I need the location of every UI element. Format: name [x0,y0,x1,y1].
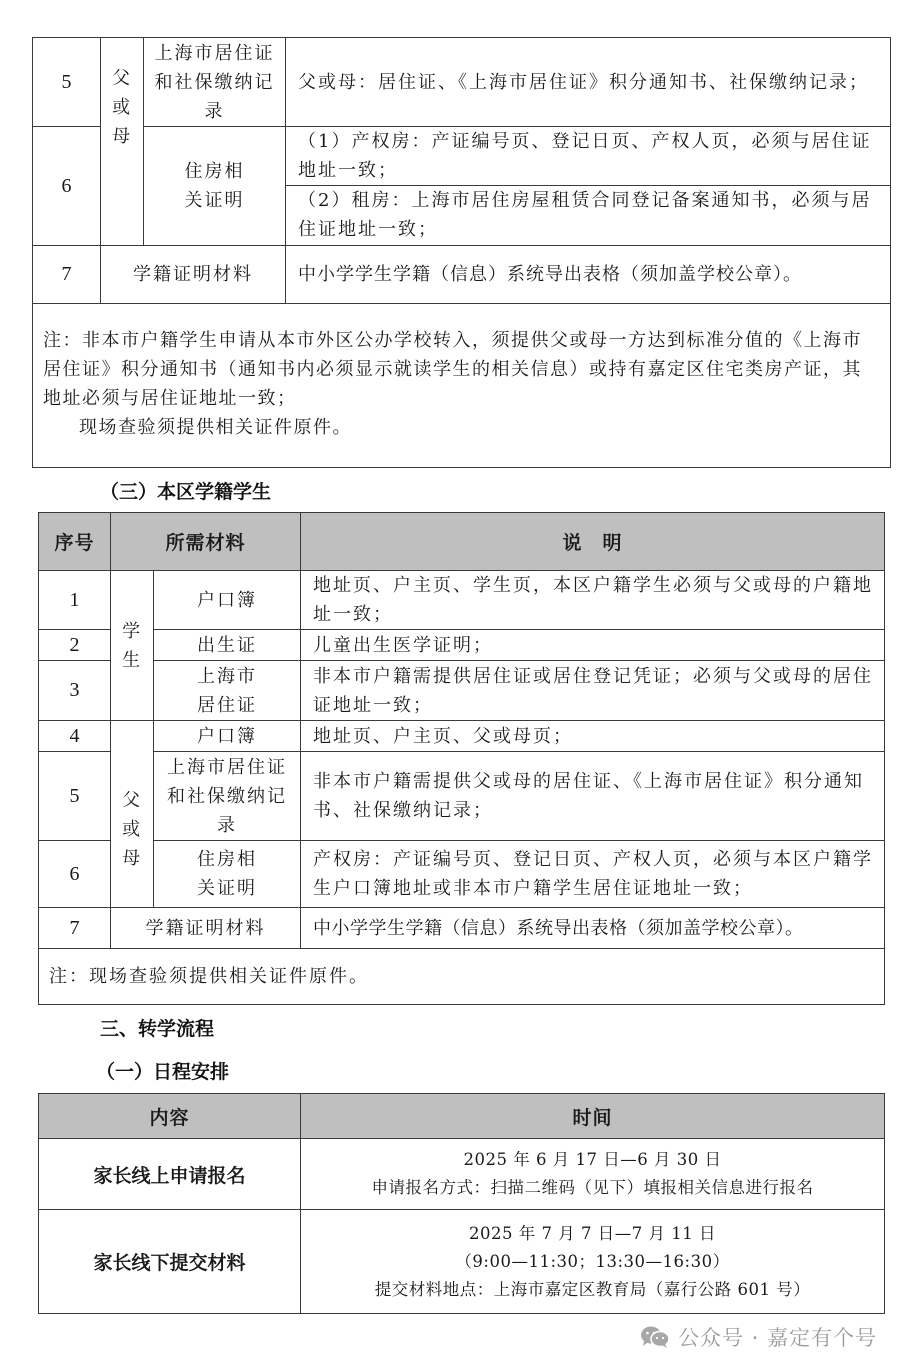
note-cell: 注：现场查验须提供相关证件原件。 [39,949,885,1005]
description-cell: 父或母：居住证、《上海市居住证》积分通知书、社保缴纳记录； [286,38,891,127]
row-number: 3 [39,661,111,721]
material-cell: 住房相关证明 [144,127,286,246]
material-cell: 住房相关证明 [154,841,301,908]
description-cell: 非本市户籍需提供居住证或居住登记凭证；必须与父或母的居住证地址一致； [301,661,885,721]
registration-method: 申请报名方式：扫描二维码（见下）填报相关信息进行报名 [301,1174,884,1202]
header-number: 序号 [39,513,111,571]
group-cell-parent: 父或母 [111,721,154,908]
description-cell: 地址页、户主页、父或母页； [301,721,885,752]
header-content: 内容 [39,1094,301,1139]
material-cell: 户口簿 [154,571,301,630]
date-range: 2025 年 7 月 7 日—7 月 11 日 [301,1220,884,1248]
header-time: 时间 [301,1094,885,1139]
note-text-originals: 现场查验须提供相关证件原件。 [43,413,880,442]
watermark: 公众号 · 嘉定有个号 [640,1322,877,1352]
description-rented-housing: （2）租房：上海市居住房屋租赁合同登记备案通知书，必须与居住证地址一致； [286,186,890,245]
wechat-icon [640,1325,670,1349]
schedule-time-offline: 2025 年 7 月 7 日—7 月 11 日 （9:00—11:30；13:3… [301,1210,885,1314]
row-number: 1 [39,571,111,630]
watermark-text: 公众号 · 嘉定有个号 [678,1322,877,1352]
requirements-table-previous: 5 父或母 上海市居住证和社保缴纳记录 父或母：居住证、《上海市居住证》积分通知… [32,37,891,468]
material-cell: 学籍证明材料 [101,246,286,304]
material-cell: 上海市居住证和社保缴纳记录 [144,38,286,127]
description-cell: 非本市户籍需提供父或母的居住证、《上海市居住证》积分通知书、社保缴纳记录； [301,752,885,841]
description-owned-housing: （1）产权房：产证编号页、登记日页、产权人页，必须与居住证地址一致； [286,128,890,186]
note-cell: 注：非本市户籍学生申请从本市外区公办学校转入，须提供父或母一方达到标准分值的《上… [33,304,891,468]
requirements-table-local: 序号 所需材料 说 明 1 学生 户口簿 地址页、户主页、学生页，本区户籍学生必… [38,512,885,1005]
description-cell: 中小学学生学籍（信息）系统导出表格（须加盖学校公章）。 [286,246,891,304]
material-cell: 出生证 [154,630,301,661]
header-material: 所需材料 [111,513,301,571]
material-cell: 学籍证明材料 [111,908,301,949]
row-number: 6 [39,841,111,908]
section-heading-transfer-process: 三、转学流程 [100,1014,214,1041]
schedule-time-online: 2025 年 6 月 17 日—6 月 30 日 申请报名方式：扫描二维码（见下… [301,1139,885,1210]
description-cell: 产权房：产证编号页、登记日页、产权人页，必须与本区户籍学生户口簿地址或非本市户籍… [301,841,885,908]
description-cell: 儿童出生医学证明； [301,630,885,661]
material-cell: 户口簿 [154,721,301,752]
header-description: 说 明 [301,513,885,571]
subsection-heading-schedule: （一）日程安排 [96,1057,229,1084]
date-range: 2025 年 6 月 17 日—6 月 30 日 [301,1146,884,1174]
material-cell: 上海市居住证和社保缴纳记录 [154,752,301,841]
row-number: 6 [33,127,101,246]
section-heading-local-students: （三）本区学籍学生 [100,477,271,504]
row-number: 5 [33,38,101,127]
schedule-item-offline-submission: 家长线下提交材料 [39,1210,301,1314]
schedule-item-online-registration: 家长线上申请报名 [39,1139,301,1210]
row-number: 4 [39,721,111,752]
group-cell-student: 学生 [111,571,154,721]
group-cell-parent: 父或母 [101,38,144,246]
row-number: 2 [39,630,111,661]
row-number: 7 [39,908,111,949]
row-number: 5 [39,752,111,841]
description-cell: 地址页、户主页、学生页，本区户籍学生必须与父或母的户籍地址一致； [301,571,885,630]
submission-location: 提交材料地点：上海市嘉定区教育局（嘉行公路 601 号） [301,1276,884,1304]
material-cell: 上海市居住证 [154,661,301,721]
schedule-table: 内容 时间 家长线上申请报名 2025 年 6 月 17 日—6 月 30 日 … [38,1093,885,1314]
row-number: 7 [33,246,101,304]
office-hours: （9:00—11:30；13:30—16:30） [301,1248,884,1276]
note-text: 注：非本市户籍学生申请从本市外区公办学校转入，须提供父或母一方达到标准分值的《上… [43,326,880,413]
description-cell: 中小学学生学籍（信息）系统导出表格（须加盖学校公章）。 [301,908,885,949]
description-cell-split: （1）产权房：产证编号页、登记日页、产权人页，必须与居住证地址一致； （2）租房… [286,127,891,246]
